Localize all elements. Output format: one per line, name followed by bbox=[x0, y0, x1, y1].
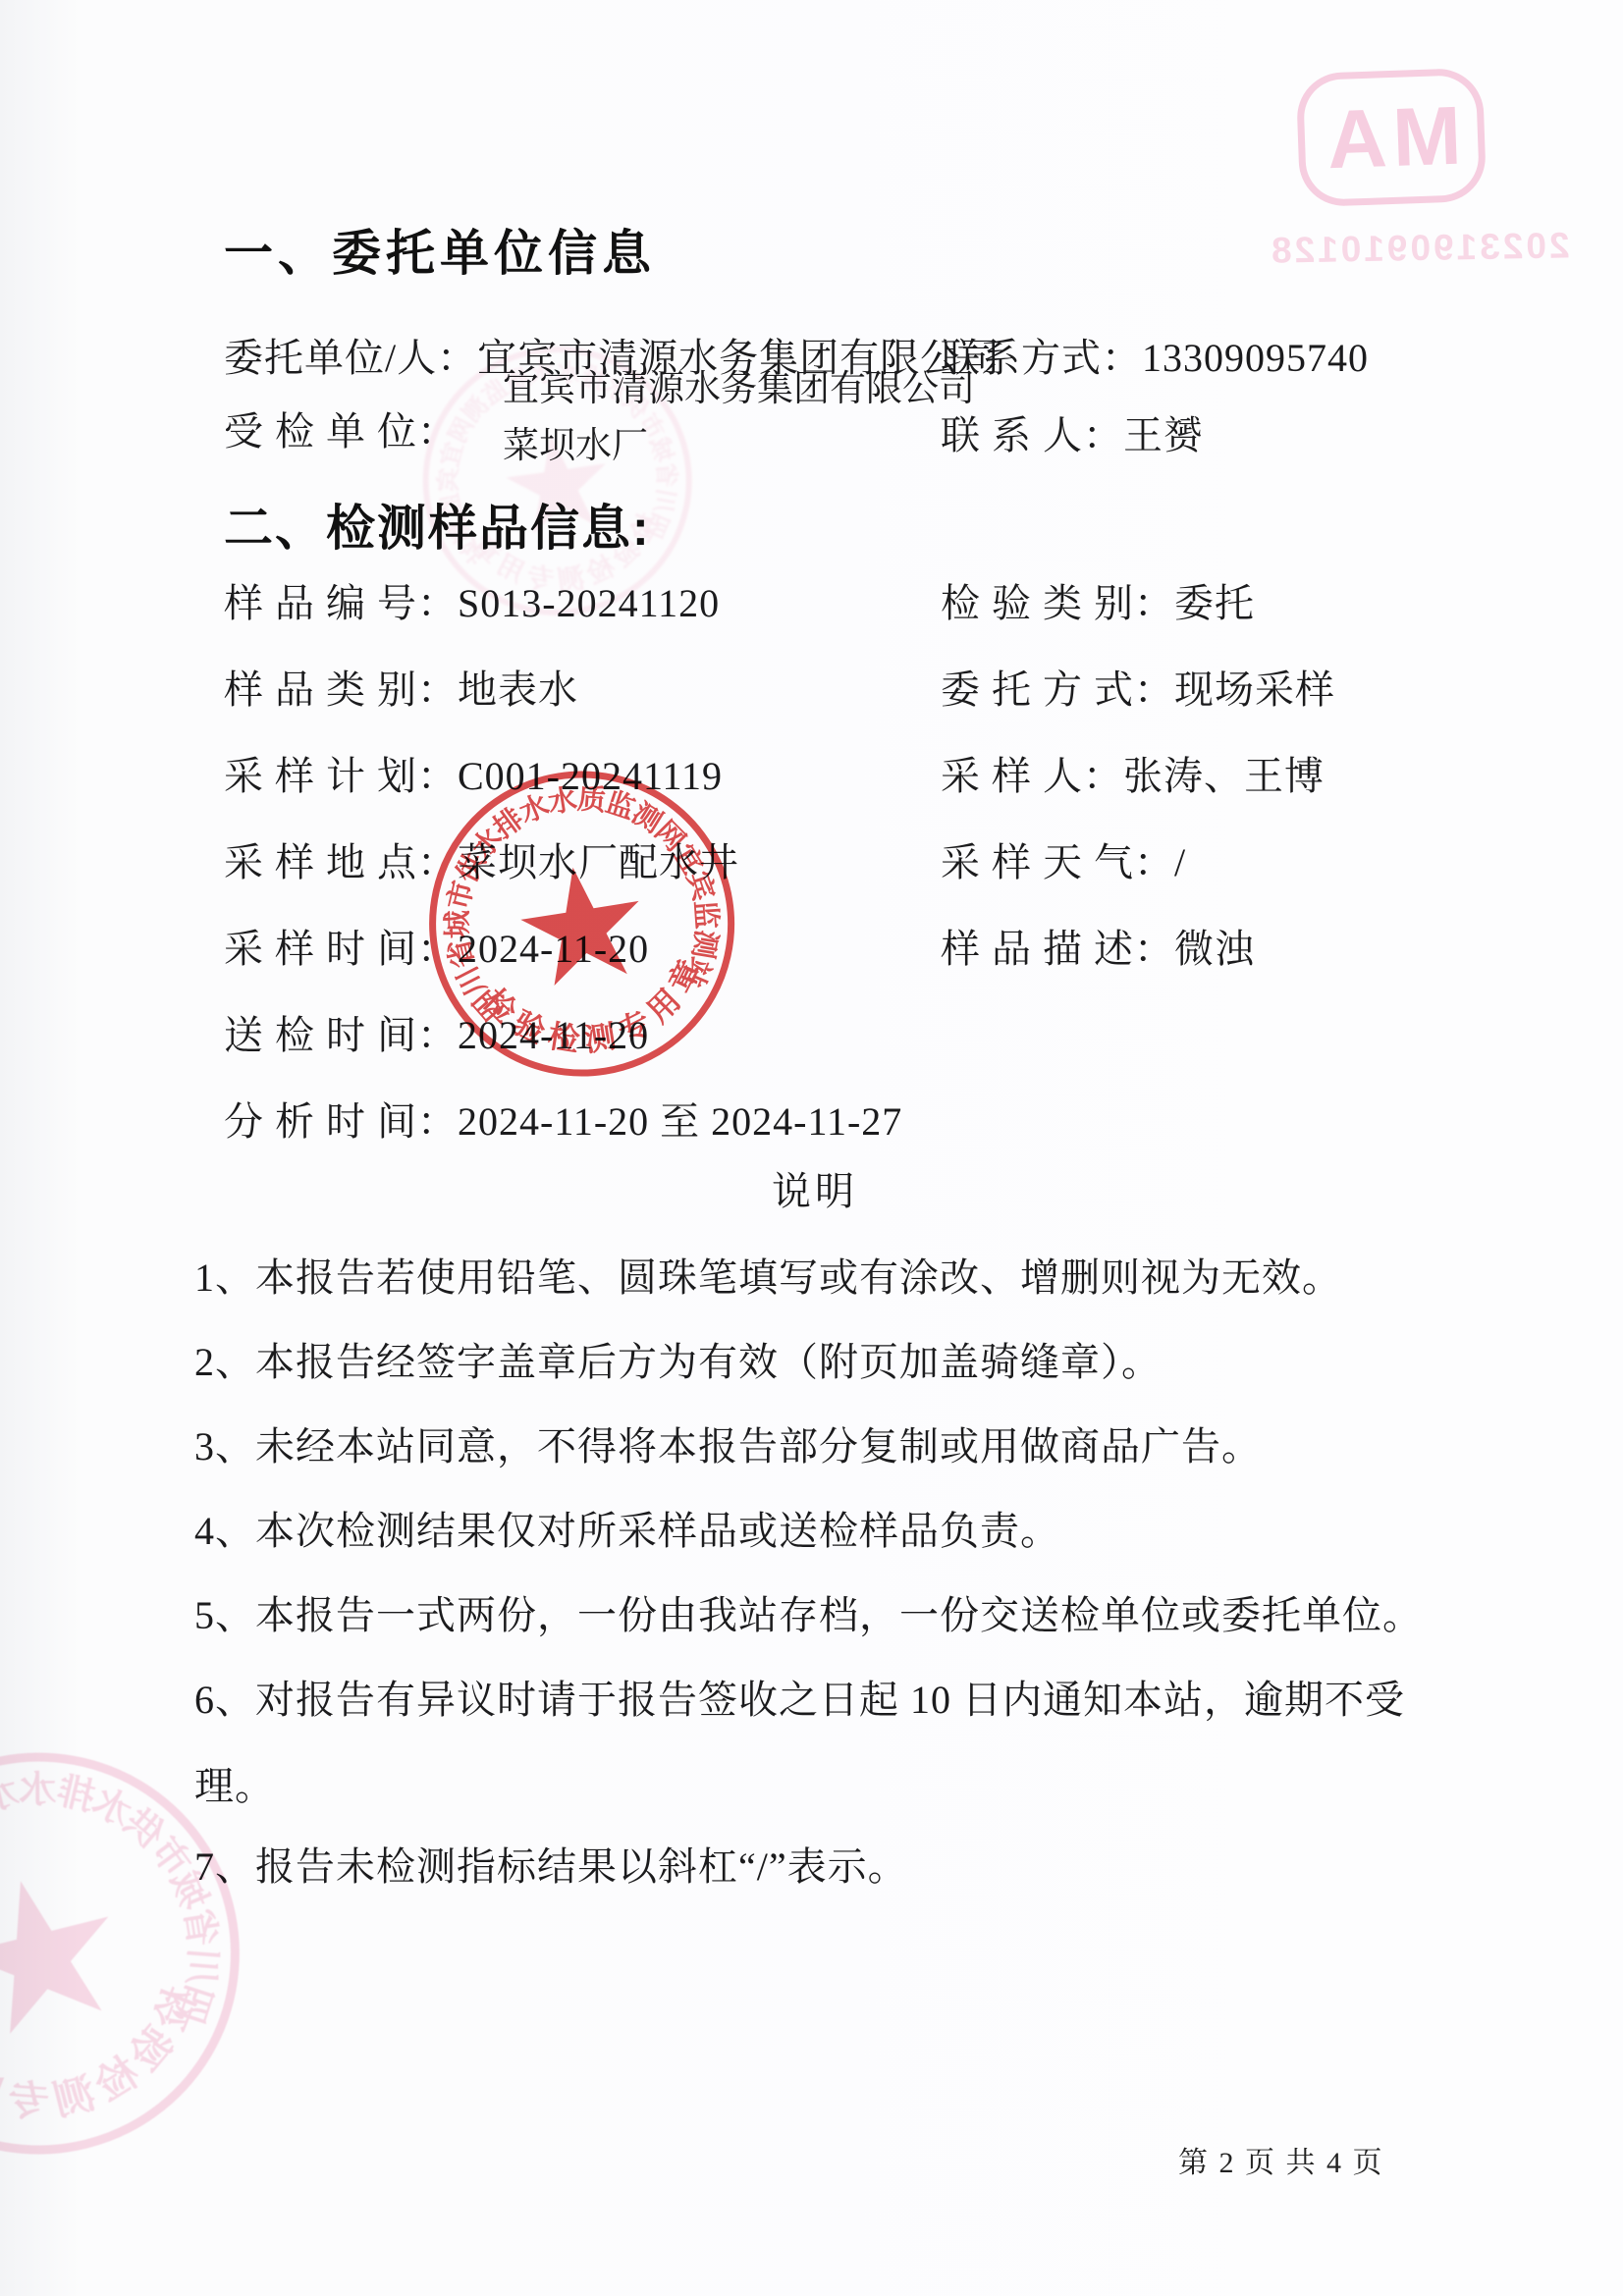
sample-row-number: 样 品 编 号：S013-20241120 bbox=[224, 572, 720, 628]
field-value: 2024-11-20 至 2024-11-27 bbox=[458, 1099, 902, 1144]
svg-text:检: 检 bbox=[147, 1981, 205, 2037]
svg-text:水: 水 bbox=[0, 1771, 23, 1820]
field-label: 采 样 时 间： bbox=[224, 927, 458, 971]
section1-heading: 一、委托单位信息 bbox=[224, 214, 656, 285]
svg-text:检: 检 bbox=[87, 2050, 147, 2110]
field-value: 委托 bbox=[1174, 581, 1255, 625]
field-label: 样 品 描 述： bbox=[941, 927, 1174, 971]
svg-text:测: 测 bbox=[49, 2070, 100, 2125]
note-item-1: 1、本报告若使用铅笔、圆珠笔填写或有涂改、增删则视为无效。 bbox=[194, 1235, 1427, 1321]
cma-letters: MA bbox=[1320, 87, 1463, 187]
svg-text:用: 用 bbox=[0, 2063, 11, 2120]
inspected-value-line1: 宜宾市清源水务集团有限公司 bbox=[503, 361, 975, 418]
svg-text:验: 验 bbox=[122, 2018, 184, 2079]
notes-heading: 说明 bbox=[196, 1160, 1434, 1216]
note-item-2: 2、本报告经签字盖章后方为有效（附页加盖骑缝章）。 bbox=[194, 1319, 1427, 1406]
field-value: C001-20241119 bbox=[458, 754, 723, 798]
field-value: S013-20241120 bbox=[458, 581, 720, 625]
inspected-label-text: 受 检 单 位： bbox=[224, 409, 458, 454]
svg-text:监: 监 bbox=[688, 899, 723, 930]
field-label: 采 样 天 气： bbox=[941, 840, 1174, 884]
contact-person-value: 王赟 bbox=[1123, 413, 1204, 457]
field-label: 委 托 方 式： bbox=[941, 667, 1174, 712]
svg-text:专: 专 bbox=[6, 2077, 50, 2126]
note-item-5: 5、本报告一式两份，一份由我站存档，一份交送检单位或委托单位。 bbox=[194, 1573, 1427, 1659]
svg-text:水: 水 bbox=[86, 1781, 138, 1835]
contact-person-label: 联 系 人： bbox=[941, 413, 1123, 457]
field-label: 送 检 时 间： bbox=[224, 1013, 458, 1057]
page-number: 第 2 页 共 4 页 bbox=[1178, 2138, 1384, 2181]
field-label: 样 品 类 别： bbox=[224, 667, 458, 712]
sample-row-category: 样 品 类 别：地表水 bbox=[224, 659, 578, 715]
field-value: 现场采样 bbox=[1174, 667, 1335, 712]
svg-text:水: 水 bbox=[19, 1770, 56, 1811]
field-label: 采 样 地 点： bbox=[224, 840, 458, 884]
sample-row-samplers: 采 样 人：张涛、王博 bbox=[941, 745, 1325, 801]
client-label: 委托单位/人： bbox=[224, 336, 477, 380]
svg-text:排: 排 bbox=[53, 1771, 99, 1820]
client-contact: 联系方式：13309095740 bbox=[941, 327, 1369, 383]
svg-text:川: 川 bbox=[180, 1946, 224, 1986]
sample-row-entrust-method: 委 托 方 式：现场采样 bbox=[941, 659, 1335, 715]
svg-text:四: 四 bbox=[168, 1980, 219, 2028]
field-label: 检 验 类 别： bbox=[941, 581, 1174, 625]
svg-text:测: 测 bbox=[458, 391, 495, 427]
note-item-6: 6、对报告有异议时请于报告签收之日起 10 日内通知本站，逾期不受理。 bbox=[194, 1657, 1417, 1830]
field-value: 张涛、王博 bbox=[1123, 754, 1325, 798]
sample-row-weather: 采 样 天 气：/ bbox=[941, 831, 1186, 887]
sample-row-location: 采 样 地 点：菜坝水厂配水井 bbox=[224, 831, 739, 887]
svg-text:测: 测 bbox=[686, 928, 723, 961]
svg-text:市: 市 bbox=[142, 1830, 197, 1884]
cma-certificate-number-bleed: 2023190910128 bbox=[1269, 225, 1570, 271]
sample-row-delivery-time: 送 检 时 间：2024-11-20 bbox=[224, 1004, 649, 1060]
svg-text:省: 省 bbox=[177, 1906, 223, 1949]
svg-text:章: 章 bbox=[662, 954, 708, 998]
svg-text:站: 站 bbox=[676, 953, 717, 992]
svg-text:供: 供 bbox=[116, 1800, 172, 1856]
sample-row-test-type: 检 验 类 别：委托 bbox=[941, 572, 1255, 628]
inspected-contact: 联 系 人：王赟 bbox=[941, 404, 1204, 460]
field-value: 菜坝水厂配水井 bbox=[458, 840, 739, 884]
field-value: 地表水 bbox=[458, 667, 578, 712]
field-value: 2024-11-20 bbox=[458, 927, 649, 971]
field-value: / bbox=[1174, 840, 1186, 884]
sample-row-analysis-time: 分 析 时 间：2024-11-20 至 2024-11-27 bbox=[224, 1091, 902, 1147]
svg-text:川: 川 bbox=[648, 486, 678, 514]
sample-row-plan: 采 样 计 划：C001-20241119 bbox=[224, 745, 723, 801]
inspected-value-line2: 菜坝水厂 bbox=[503, 418, 975, 475]
field-value: 微浊 bbox=[1174, 927, 1255, 971]
field-label: 分 析 时 间： bbox=[224, 1099, 458, 1144]
field-value: 2024-11-20 bbox=[458, 1013, 649, 1057]
field-label: 采 样 计 划： bbox=[224, 754, 458, 798]
inspected-unit-label: 受 检 单 位： bbox=[224, 400, 458, 456]
contact-method-value: 13309095740 bbox=[1142, 336, 1369, 380]
note-item-3: 3、未经本站同意，不得将本报告部分复制或用做商品广告。 bbox=[194, 1404, 1427, 1490]
note-item-7: 7、报告未检测指标结果以斜杠“/”表示。 bbox=[194, 1824, 1427, 1910]
inspected-unit-value: 宜宾市清源水务集团有限公司 菜坝水厂 bbox=[503, 361, 975, 475]
field-label: 采 样 人： bbox=[941, 754, 1123, 798]
section2-heading: 二、检测样品信息: bbox=[224, 489, 651, 560]
cma-mark-bleed-through: MA bbox=[1296, 68, 1488, 208]
sample-row-description: 样 品 描 述：微浊 bbox=[941, 918, 1255, 974]
report-page: 一、委托单位信息 委托单位/人：宜宾市清源水务集团有限公司 联系方式：13309… bbox=[0, 0, 1623, 2296]
field-label: 样 品 编 号： bbox=[224, 581, 458, 625]
note-item-4: 4、本次检测结果仅对所采样品或送检样品负责。 bbox=[194, 1488, 1427, 1575]
sample-row-sampling-time: 采 样 时 间：2024-11-20 bbox=[224, 918, 649, 974]
